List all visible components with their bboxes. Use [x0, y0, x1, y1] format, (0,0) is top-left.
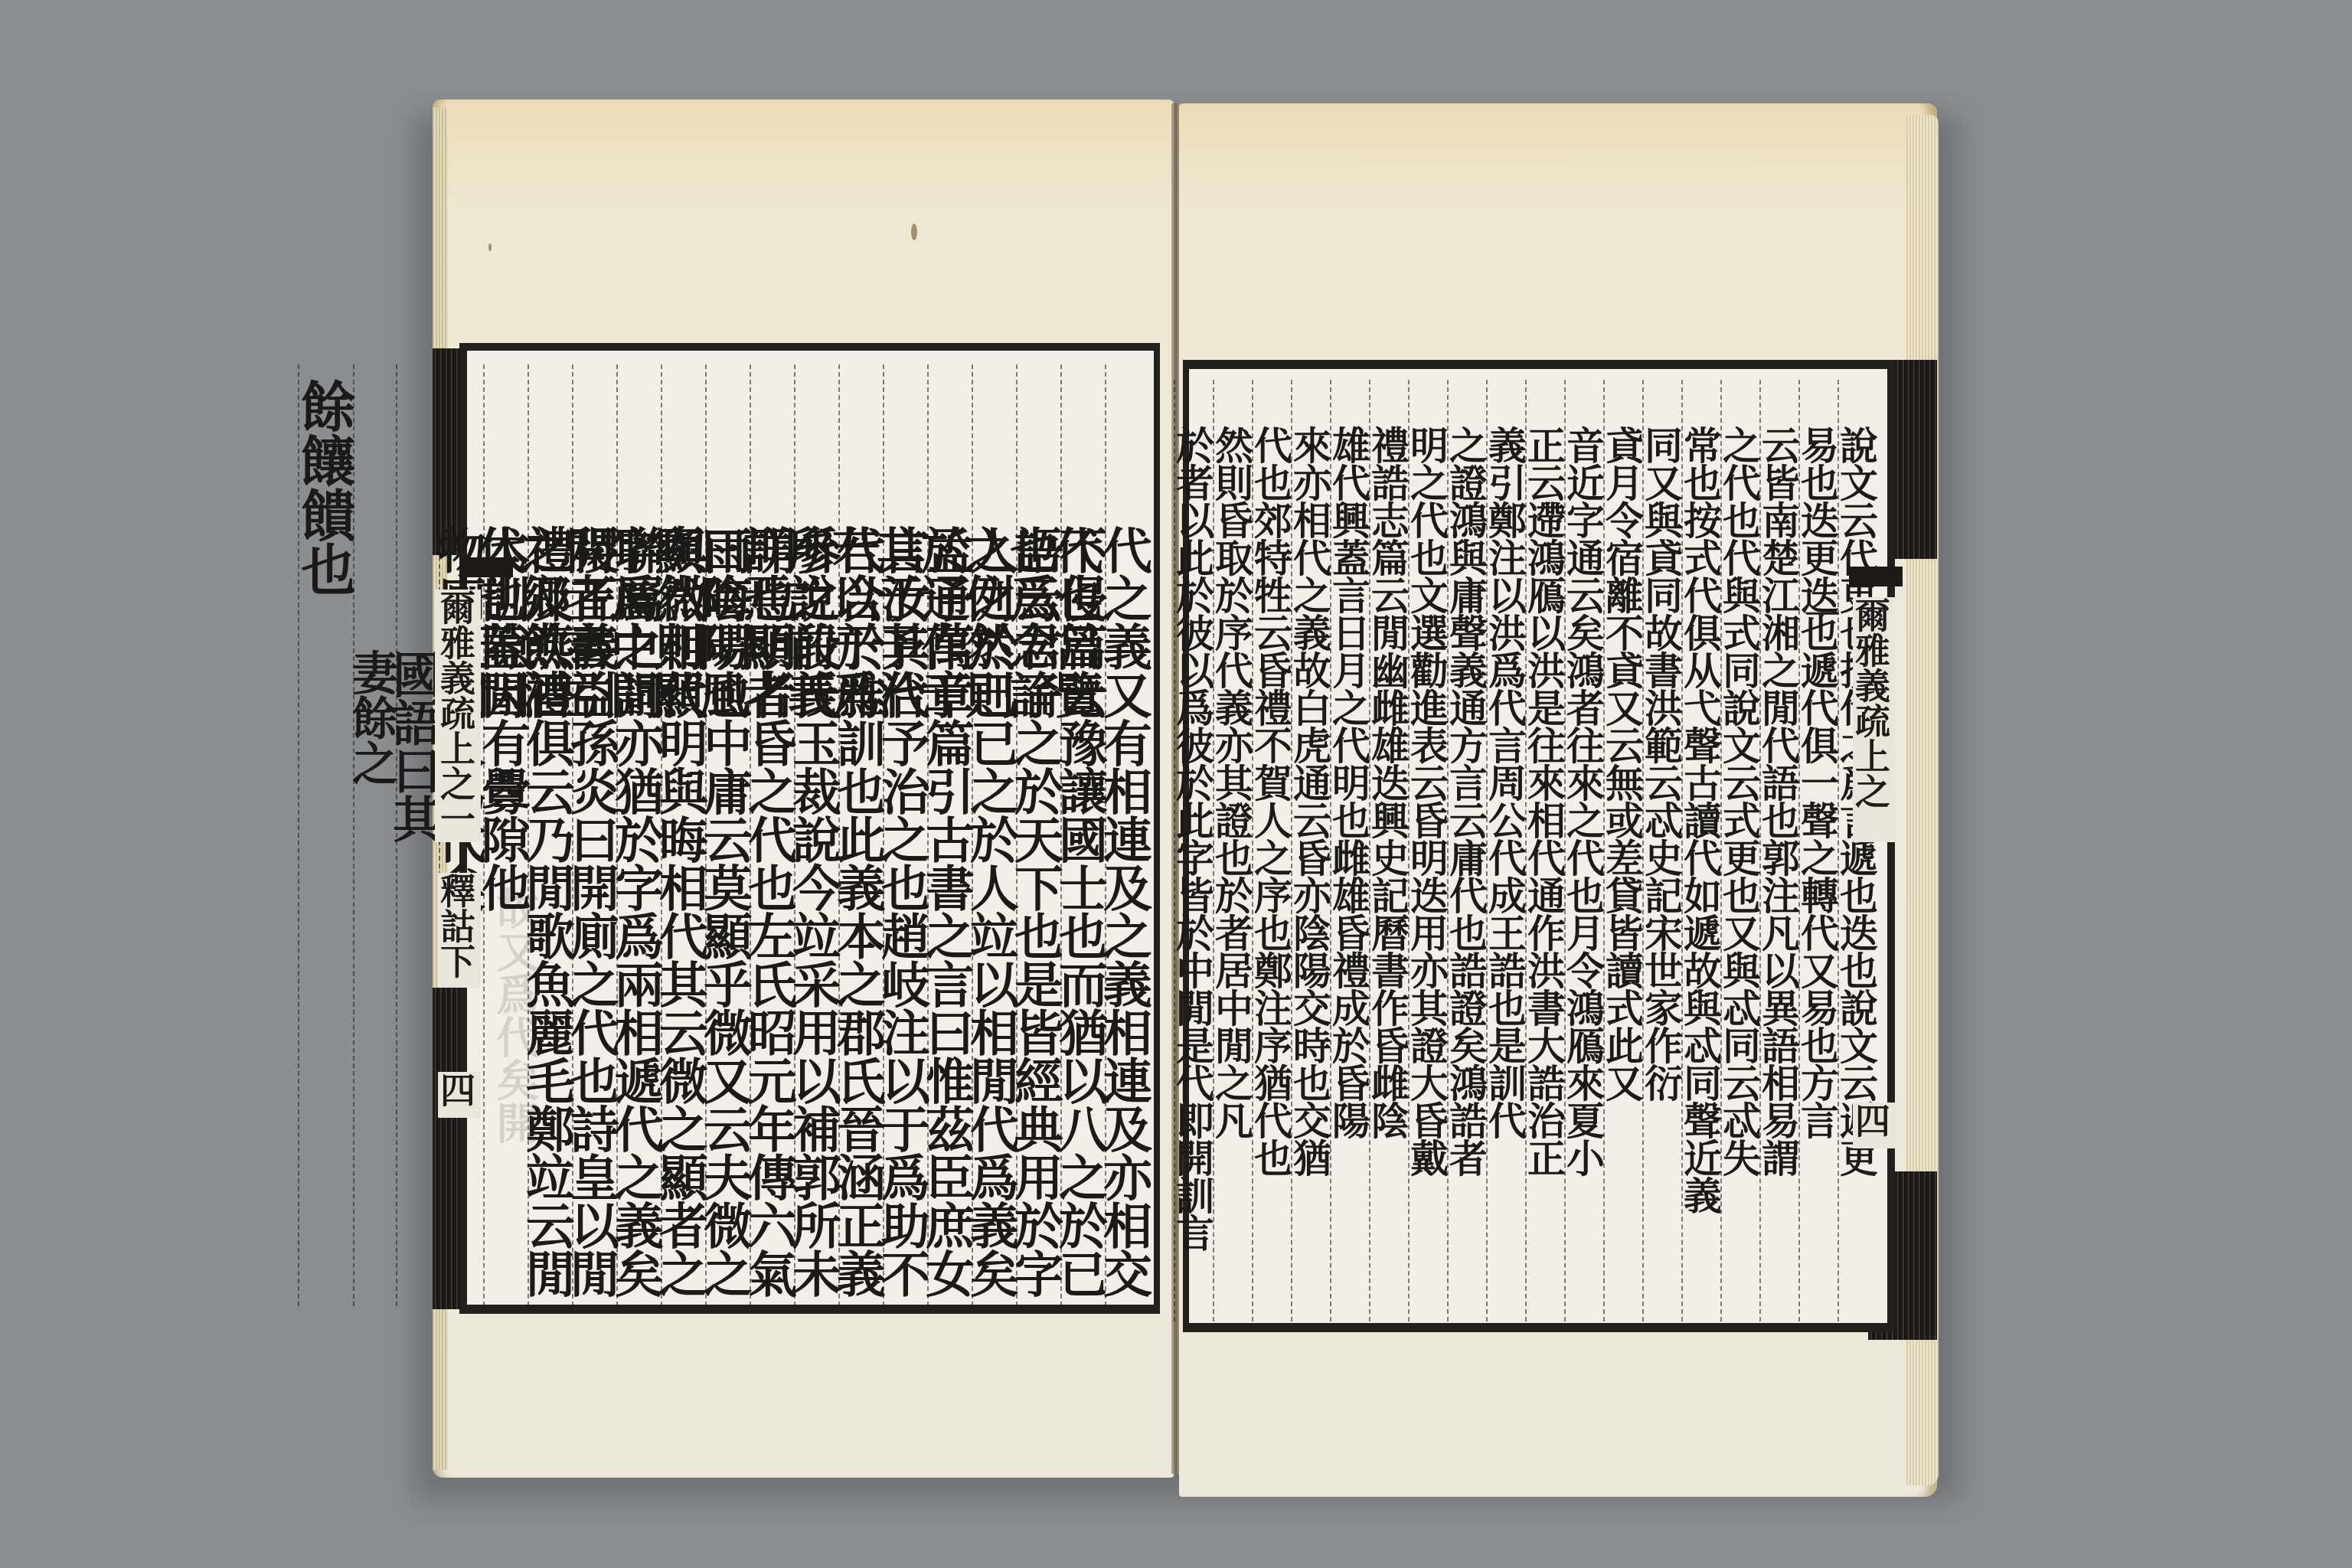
text-column: 代也郊特牲云昏禮不賀人之序也鄭注序猶代也 [1252, 380, 1291, 1321]
text-column: 之代也代與式同說文云式更也又與忒同云忒失 [1720, 380, 1759, 1321]
text-column: 雄代興蓋言日月之代明也雌雄昏禮成於昏陽 [1330, 380, 1369, 1321]
text-column: 常也按式代俱从弋聲古讀代如遞故與忒同聲近義 [1681, 380, 1720, 1321]
text-column: 禮誥志篇云閒幽雌雄迭興史記曆書作昏雌陰 [1369, 380, 1408, 1321]
right-text-frame: 說文云代更也按代之爲言遞也迭也說文云遞更 易也迭更迭也遞代俱一聲之轉代又易也方言… [1183, 360, 1895, 1332]
right-heart-title: 爾雅義疏上之一 [1853, 597, 1896, 842]
text-column: 正云遰鴻鴈以洪是往來相代通作洪書大誥治正 [1525, 380, 1564, 1321]
left-heart-chapter: 釋詁下 [438, 873, 481, 988]
right-text-columns: 說文云代更也按代之爲言遞也迭也說文云遞更 易也迭更迭也遞代俱一聲之轉代又易也方言… [1174, 380, 1877, 1321]
text-column: 云皆南楚江湘之閒代語也郭注凡以異語相易謂 [1759, 380, 1798, 1321]
text-column: 貣月令宿離不貣又云無或差貸皆讀式此又 [1603, 380, 1642, 1321]
text-column: 代之義又有相連及之義相連及亦相交代也呂覽 [1105, 364, 1149, 1306]
paper-stain [911, 224, 917, 240]
text-column: 之證鴻與庸聲義通方言云庸代也誥證矣鴻誥者 [1447, 380, 1486, 1321]
text-column: 明之代也文選勸進表云昏明迭用亦其證大昏戴 [1408, 380, 1447, 1321]
text-column: 音近字通云矣鴻者往來之代也月令鴻鴈來夏小 [1564, 380, 1603, 1321]
entry-heading: 餘饟饋也 [298, 364, 353, 1306]
left-fishtail-mark [459, 557, 513, 577]
paper-stain [488, 243, 492, 251]
right-heart-page-number: 四 [1853, 1102, 1896, 1148]
text-column: 易也迭更迭也遞代俱一聲之轉代又易也方言 [1798, 380, 1837, 1321]
left-text-frame: 故又爲代矣開 代之義又有相連及之義相連及亦相交代也呂覽 不侵篇云豫讓國士也而猶以… [459, 343, 1160, 1314]
left-text-columns: 代之義又有相連及之義相連及亦相交代也呂覽 不侵篇云豫讓國士也而猶以八之於已也爲念… [298, 364, 1149, 1306]
left-heart-title: 爾雅義疏上之一 [435, 590, 481, 842]
text-column: 說文云代更也按代之爲言遞也迭也說文云遞更 [1837, 380, 1877, 1321]
left-heart-page-number: 四 [438, 1072, 481, 1118]
text-column: 來亦相代之義故白虎通云昏亦陰陽交時也交猶 [1291, 380, 1330, 1321]
right-fishtail-mark [1849, 567, 1903, 586]
text-column: 同又與貣同故書洪範云忒史記宋世家作衍 [1642, 380, 1681, 1321]
text-column: 然則昏取於序代義亦其證也於者居中閒之凡 [1213, 380, 1252, 1321]
text-column: 於者以此於彼以爲彼於此字皆於中閒是代即開訓言 [1174, 380, 1213, 1321]
text-column: 義引鄭注以洪爲代言周公代成王誥也是訓代 [1486, 380, 1525, 1321]
